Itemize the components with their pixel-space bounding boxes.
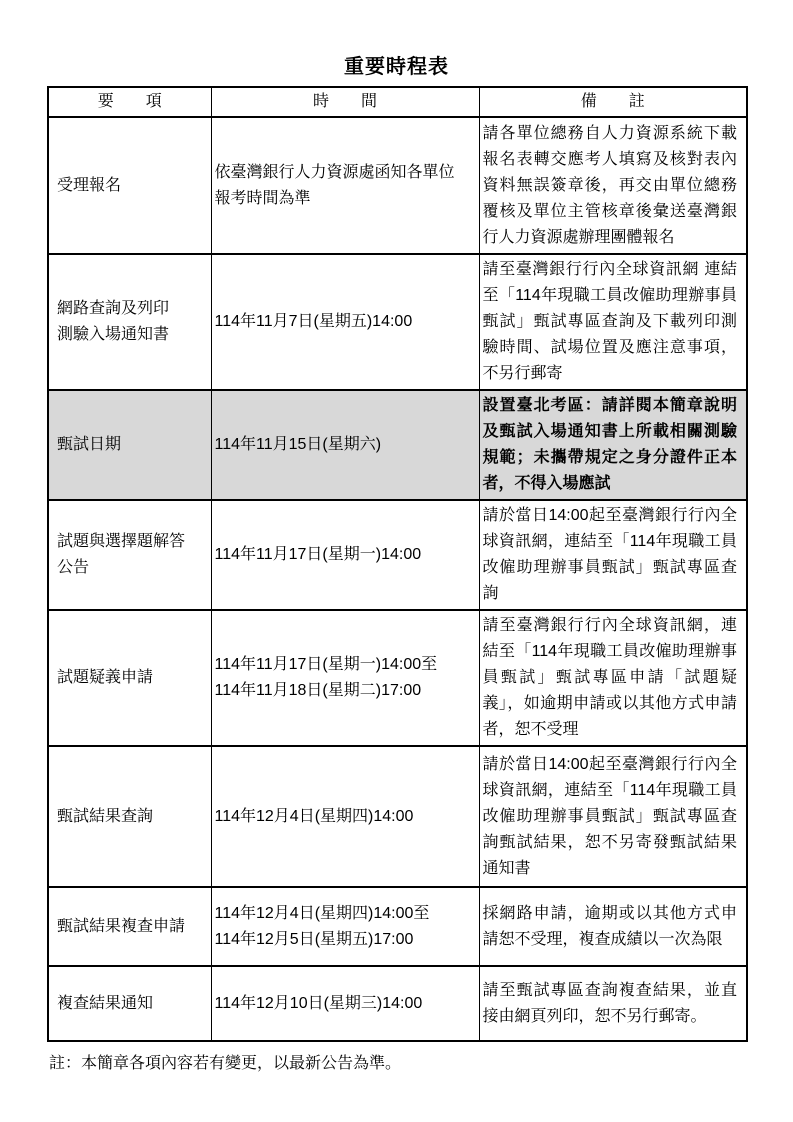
item-cell: 試題疑義申請 [48,610,211,746]
time-cell: 114年12月4日(星期四)14:00 [211,746,479,887]
time-cell: 114年11月17日(星期一)14:00至 114年11月18日(星期二)17:… [211,610,479,746]
header-note-cell: 備 註 [479,87,747,117]
time-cell: 114年12月10日(星期三)14:00 [211,966,479,1041]
item-cell: 甄試日期 [48,390,211,500]
table-row-answers-announcement: 試題與選擇題解答 公告 114年11月17日(星期一)14:00 請於當日14:… [48,500,747,610]
document-page: 重要時程表 要 項 時 間 備 註 受理報名 依臺灣銀行人力資源處函知各單位 報… [0,0,793,1122]
item-cell: 試題與選擇題解答 公告 [48,500,211,610]
note-cell: 設置臺北考區：請詳閱本簡章說明及甄試入場通知書上所載相關測驗規範；未攜帶規定之身… [479,390,747,500]
note-cell: 採網路申請，逾期或以其他方式申請恕不受理，複查成績以一次為限 [479,887,747,966]
table-row-exam-date: 甄試日期 114年11月15日(星期六) 設置臺北考區：請詳閱本簡章說明及甄試入… [48,390,747,500]
note-cell: 請於當日14:00起至臺灣銀行行內全球資訊網，連結至「114年現職工員改僱助理辦… [479,500,747,610]
table-row-question-dispute: 試題疑義申請 114年11月17日(星期一)14:00至 114年11月18日(… [48,610,747,746]
table-row-results-query: 甄試結果查詢 114年12月4日(星期四)14:00 請於當日14:00起至臺灣… [48,746,747,887]
time-cell: 依臺灣銀行人力資源處函知各單位 報考時間為準 [211,117,479,254]
table-row-registration: 受理報名 依臺灣銀行人力資源處函知各單位 報考時間為準 請各單位總務自人力資源系… [48,117,747,254]
page-title: 重要時程表 [0,0,793,86]
schedule-table: 要 項 時 間 備 註 受理報名 依臺灣銀行人力資源處函知各單位 報考時間為準 … [47,86,748,1042]
item-cell: 網路查詢及列印 測驗入場通知書 [48,254,211,390]
note-cell: 請各單位總務自人力資源系統下載報名表轉交應考人填寫及核對表內資料無誤簽章後，再交… [479,117,747,254]
table-row-admission-ticket: 網路查詢及列印 測驗入場通知書 114年11月7日(星期五)14:00 請至臺灣… [48,254,747,390]
table-row-recheck-result-notice: 複查結果通知 114年12月10日(星期三)14:00 請至甄試專區查詢複查結果… [48,966,747,1041]
time-cell: 114年11月15日(星期六) [211,390,479,500]
time-cell: 114年12月4日(星期四)14:00至 114年12月5日(星期五)17:00 [211,887,479,966]
item-cell: 甄試結果查詢 [48,746,211,887]
header-time-cell: 時 間 [211,87,479,117]
note-cell: 請於當日14:00起至臺灣銀行行內全球資訊網，連結至「114年現職工員改僱助理辦… [479,746,747,887]
table-row-result-recheck-apply: 甄試結果複查申請 114年12月4日(星期四)14:00至 114年12月5日(… [48,887,747,966]
item-cell: 受理報名 [48,117,211,254]
time-cell: 114年11月17日(星期一)14:00 [211,500,479,610]
item-cell: 複查結果通知 [48,966,211,1041]
table-header-row: 要 項 時 間 備 註 [48,87,747,117]
note-cell: 請至臺灣銀行行內全球資訊網 連結至「114年現職工員改僱助理辦事員甄試」甄試專區… [479,254,747,390]
note-cell: 請至甄試專區查詢複查結果，並直接由網頁列印，恕不另行郵寄。 [479,966,747,1041]
header-item-cell: 要 項 [48,87,211,117]
footnote: 註：本簡章各項內容若有變更，以最新公告為準。 [49,1053,793,1075]
time-cell: 114年11月7日(星期五)14:00 [211,254,479,390]
item-cell: 甄試結果複查申請 [48,887,211,966]
note-cell: 請至臺灣銀行行內全球資訊網，連結至「114年現職工員改僱助理辦事員甄試」甄試專區… [479,610,747,746]
